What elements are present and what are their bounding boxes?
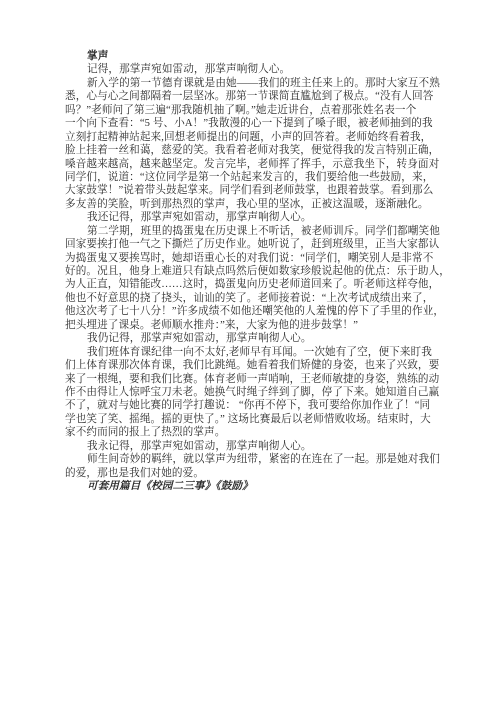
text-line: 把头埋进了课桌。老师顺水推舟：”来，大家为他的进步鼓掌！” bbox=[65, 319, 440, 332]
text-line: 多友善的笑脸，听到那热烈的掌声，我心里的坚冰，正被这温暖，逐渐融化。 bbox=[65, 198, 440, 211]
text-line: 为人正直，知错能改……这时，捣蛋鬼向历史老师道回来了。听老师这样夸他， bbox=[65, 278, 440, 291]
text-line: 吗？”老师问了第三遍“那我随机抽了啊。”她走近讲台，点着那张姓名表一个 bbox=[65, 104, 440, 117]
text-line: 立刻打起精神站起来,回想老师提出的问题，小声的回答着。老师始终看着我， bbox=[65, 131, 440, 144]
text-line: 学也笑了笑、摇绳。摇的更快了。” 这场比赛最后以老师惜败收场。结束时，大 bbox=[65, 413, 440, 426]
text-line: 他也不好意思的挠了挠头，讪讪的笑了。老师接着说：“上次考试成绩出来了， bbox=[65, 292, 440, 305]
text-line: 我还记得，那掌声宛如雷动，那掌声响彻人心。 bbox=[65, 211, 440, 224]
text-line: 作不由得让人惊呼宝刀未老。她换气时绳子绊到了脚，停了下来。她知道自己赢 bbox=[65, 386, 440, 399]
text-line: 大家鼓掌！”说着带头鼓起掌来。同学们看到老师鼓掌，也跟着鼓掌。看到那么 bbox=[65, 184, 440, 197]
document-page: 掌声记得，那掌声宛如雷动，那掌声响彻人心。新入学的第一节德育课就是由她——我们的… bbox=[0, 0, 500, 707]
text-line: 的爱，那也是我们对她的爱。 bbox=[65, 467, 440, 480]
text-line: 悉，心与心之间都隔着一层坚冰。那第一节课简直尴尬到了极点。“没有人回答 bbox=[65, 90, 440, 103]
text-line: 回家要挨打他一气之下撕烂了历史作业。她听说了，赶到班级里，正当大家都认 bbox=[65, 238, 440, 251]
essay-title: 掌声 bbox=[65, 50, 440, 63]
text-line: 第二学期，班里的捣蛋鬼在历史课上不听话，被老师训斥。同学们都嘲笑他 bbox=[65, 225, 440, 238]
text-line: 为捣蛋鬼又要挨骂时，她却语重心长的对我们说：“同学们，嘲笑别人是非常不 bbox=[65, 252, 440, 265]
text-line: 好的。况且，他身上难道只有缺点吗然后便如数家珍般说起他的优点：乐于助人， bbox=[65, 265, 440, 278]
text-line: 新入学的第一节德育课就是由她——我们的班主任来上的。那时大家互不熟 bbox=[65, 77, 440, 90]
text-line: 我们班体育课纪律一向不太好,老师早有耳闻。一次她有了空，便下来盯我 bbox=[65, 346, 440, 359]
text-line: 师生间奇妙的羁绊，就以掌声为纽带，紧密的在连在了一起。那是她对我们 bbox=[65, 453, 440, 466]
text-line: 们上体育课那次体育课，我们比跳绳。她看着我们矫健的身姿，也来了兴致，要 bbox=[65, 359, 440, 372]
text-line: 家不约而同的报上了热烈的掌声。 bbox=[65, 426, 440, 439]
text-line: 不了，就对与她比赛的同学打趣说： “你再不停下，我可要给你加作业了！“同 bbox=[65, 399, 440, 412]
text-line: 嗓音越来越高，越来越坚定。发言完毕，老师挥了挥手，示意我坐下，转身面对 bbox=[65, 158, 440, 171]
text-line: 一个向下查看：“5 号、小A！”我散漫的心一下提到了嗓子眼，被老师抽到的我 bbox=[65, 117, 440, 130]
text-line: 同学们，说道：“这位同学是第一个站起来发言的，我们要给他一些鼓励，来， bbox=[65, 171, 440, 184]
footer-note: 可套用篇目《校园二三事》《鼓励》 bbox=[65, 480, 440, 493]
text-line: 来了一根绳，要和我们比赛。体育老师一声哨响，王老师敏捷的身姿，熟练的动 bbox=[65, 373, 440, 386]
text-line: 我永记得，那掌声宛如雷动，那掌声响彻人心。 bbox=[65, 440, 440, 453]
text-line: 我仍记得，那掌声宛如雷动，那掌声响彻人心。 bbox=[65, 332, 440, 345]
document-body: 掌声记得，那掌声宛如雷动，那掌声响彻人心。新入学的第一节德育课就是由她——我们的… bbox=[65, 50, 440, 493]
text-line: 他这次考了七十八分！”许多成绩不如他还嘲笑他的人羞愧的停下了手里的作业， bbox=[65, 305, 440, 318]
text-line: 记得，那掌声宛如雷动，那掌声响彻人心。 bbox=[65, 63, 440, 76]
text-line: 脸上挂着一丝和蔼，慈爱的笑。我看着老师对我笑，便觉得我的发言特别正确， bbox=[65, 144, 440, 157]
